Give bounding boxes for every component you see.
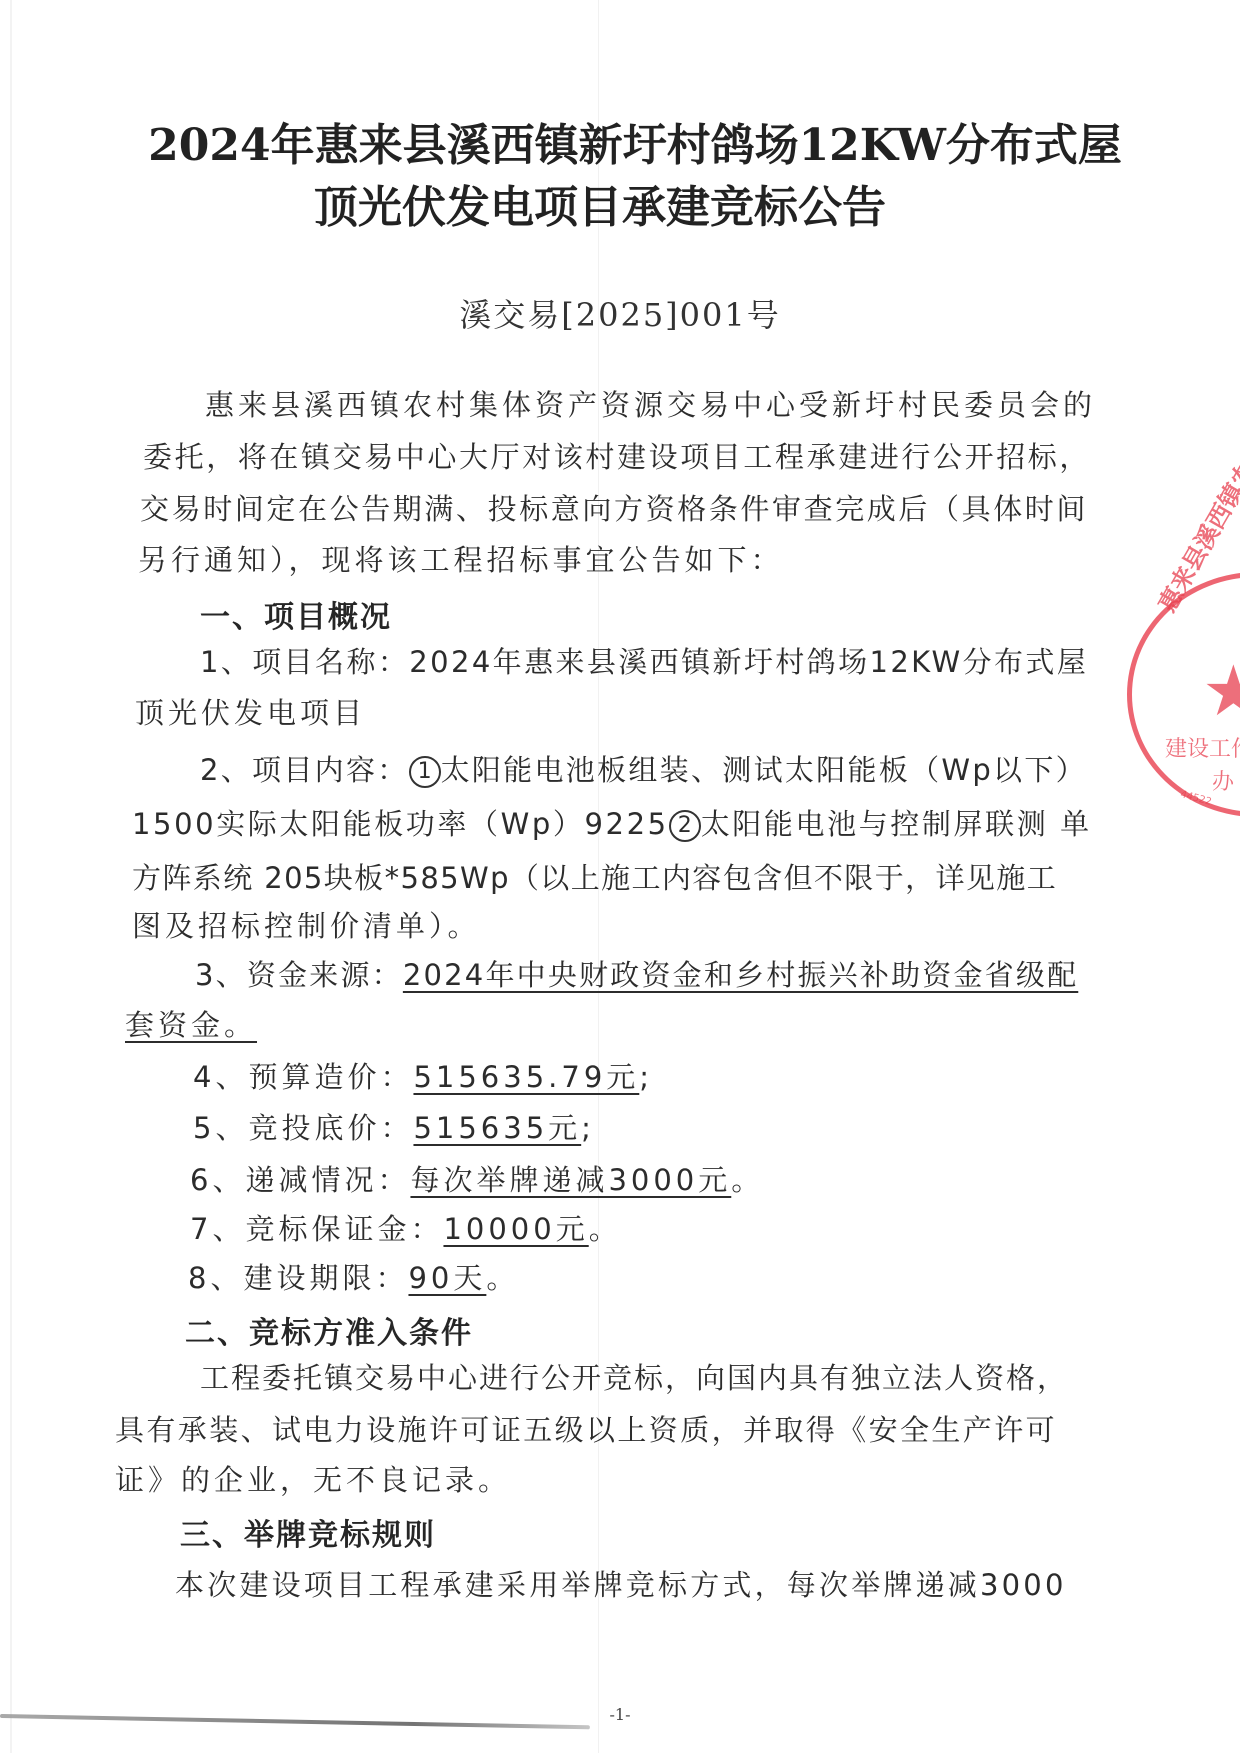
item-value: 515635元 bbox=[413, 1111, 581, 1145]
item-value: 太阳能电池板组装、测试太阳能板（Wp以下） bbox=[441, 753, 1087, 787]
item-funding-source: 3、资金来源：2024年中央财政资金和乡村振兴补助资金省级配 bbox=[195, 955, 1078, 995]
item-project-content-line3: 方阵系统 205块板*585Wp（以上施工内容包含但不限于，详见施工 bbox=[132, 858, 1057, 898]
item-value: 太阳能电池与控制屏联测 单 bbox=[701, 807, 1092, 841]
item-value: 1500实际太阳能板功率（Wp）9225 bbox=[132, 807, 669, 841]
scan-edge bbox=[10, 0, 12, 1753]
title-line-2: 顶光伏发电项目承建竞标公告 bbox=[0, 180, 1220, 236]
item-label: 4、预算造价： bbox=[193, 1060, 413, 1094]
official-seal-bottom-text: 建设工作 bbox=[1165, 732, 1240, 763]
item-value: 每次举牌递减3000元 bbox=[410, 1163, 731, 1197]
item-value: 套资金。 bbox=[125, 1008, 257, 1042]
item-funding-source-cont: 套资金。 bbox=[125, 1005, 257, 1045]
intro-line-2: 委托，将在镇交易中心大厅对该村建设项目工程承建进行公开招标， bbox=[143, 437, 1091, 477]
item-label: 3、资金来源： bbox=[195, 958, 403, 992]
eligibility-line-3: 证》的企业，无不良记录。 bbox=[115, 1460, 511, 1500]
document-page: 2024年惠来县溪西镇新圩村鸽场12KW分布式屋 顶光伏发电项目承建竞标公告 溪… bbox=[0, 0, 1240, 1753]
item-label: 8、建设期限： bbox=[188, 1261, 408, 1295]
item-project-content-line4: 图及招标控制价清单）。 bbox=[132, 906, 481, 946]
official-seal-office-text: 办 bbox=[1212, 765, 1234, 796]
intro-line-4: 另行通知），现将该工程招标事宜公告如下： bbox=[138, 540, 784, 580]
item-suffix: 。 bbox=[589, 1212, 622, 1246]
circled-number-icon: 2 bbox=[669, 810, 701, 842]
item-label: 2、项目内容： bbox=[200, 753, 409, 787]
circled-number-icon: 1 bbox=[409, 756, 441, 788]
item-label: 5、竞投底价： bbox=[193, 1111, 413, 1145]
item-value: 90天 bbox=[408, 1261, 486, 1295]
item-project-name: 1、项目名称：2024年惠来县溪西镇新圩村鸽场12KW分布式屋 bbox=[200, 642, 1088, 682]
item-decrement: 6、递减情况：每次举牌递减3000元。 bbox=[190, 1160, 764, 1200]
item-suffix: ; bbox=[581, 1111, 595, 1145]
item-value: 2024年中央财政资金和乡村振兴补助资金省级配 bbox=[403, 958, 1078, 992]
item-value: 10000元 bbox=[443, 1212, 588, 1246]
intro-line-1: 惠来县溪西镇农村集体资产资源交易中心受新圩村民委员会的 bbox=[205, 385, 1096, 425]
item-project-content: 2、项目内容：1太阳能电池板组装、测试太阳能板（Wp以下） bbox=[200, 750, 1087, 790]
section-heading-bidding-rules: 三、举牌竞标规则 bbox=[180, 1510, 436, 1554]
intro-line-3: 交易时间定在公告期满、投标意向方资格条件审查完成后（具体时间 bbox=[140, 489, 1088, 529]
item-label: 1、项目名称： bbox=[200, 645, 409, 679]
section-heading-eligibility: 二、竞标方准入条件 bbox=[185, 1308, 473, 1352]
bidding-rules-line-1: 本次建设项目工程承建采用举牌竞标方式，每次举牌递减3000 bbox=[175, 1565, 1067, 1605]
item-suffix: 。 bbox=[486, 1261, 519, 1295]
star-icon: ★ bbox=[1202, 650, 1240, 732]
item-value: 2024年惠来县溪西镇新圩村鸽场12KW分布式屋 bbox=[409, 645, 1088, 679]
item-label: 7、竞标保证金： bbox=[190, 1212, 443, 1246]
item-construction-period: 8、建设期限：90天。 bbox=[188, 1258, 519, 1298]
title-line-1: 2024年惠来县溪西镇新圩村鸽场12KW分布式屋 bbox=[15, 118, 1240, 174]
item-project-content-line2: 1500实际太阳能板功率（Wp）92252太阳能电池与控制屏联测 单 bbox=[132, 804, 1092, 844]
item-deposit: 7、竞标保证金：10000元。 bbox=[190, 1209, 622, 1249]
eligibility-line-1: 工程委托镇交易中心进行公开竞标，向国内具有独立法人资格， bbox=[200, 1358, 1068, 1398]
item-suffix: ; bbox=[639, 1060, 653, 1094]
section-heading-overview: 一、项目概况 bbox=[200, 592, 392, 636]
item-suffix: 。 bbox=[731, 1163, 764, 1197]
item-project-name-cont: 顶光伏发电项目 bbox=[135, 693, 366, 733]
item-value: 515635.79元 bbox=[413, 1060, 639, 1094]
document-number: 溪交易[2025]001号 bbox=[0, 290, 1240, 336]
item-reserve-price: 5、竞投底价：515635元; bbox=[193, 1108, 595, 1148]
eligibility-line-2: 具有承装、试电力设施许可证五级以上资质，并取得《安全生产许可 bbox=[115, 1410, 1057, 1450]
item-budget: 4、预算造价：515635.79元; bbox=[193, 1057, 653, 1097]
item-label: 6、递减情况： bbox=[190, 1163, 410, 1197]
